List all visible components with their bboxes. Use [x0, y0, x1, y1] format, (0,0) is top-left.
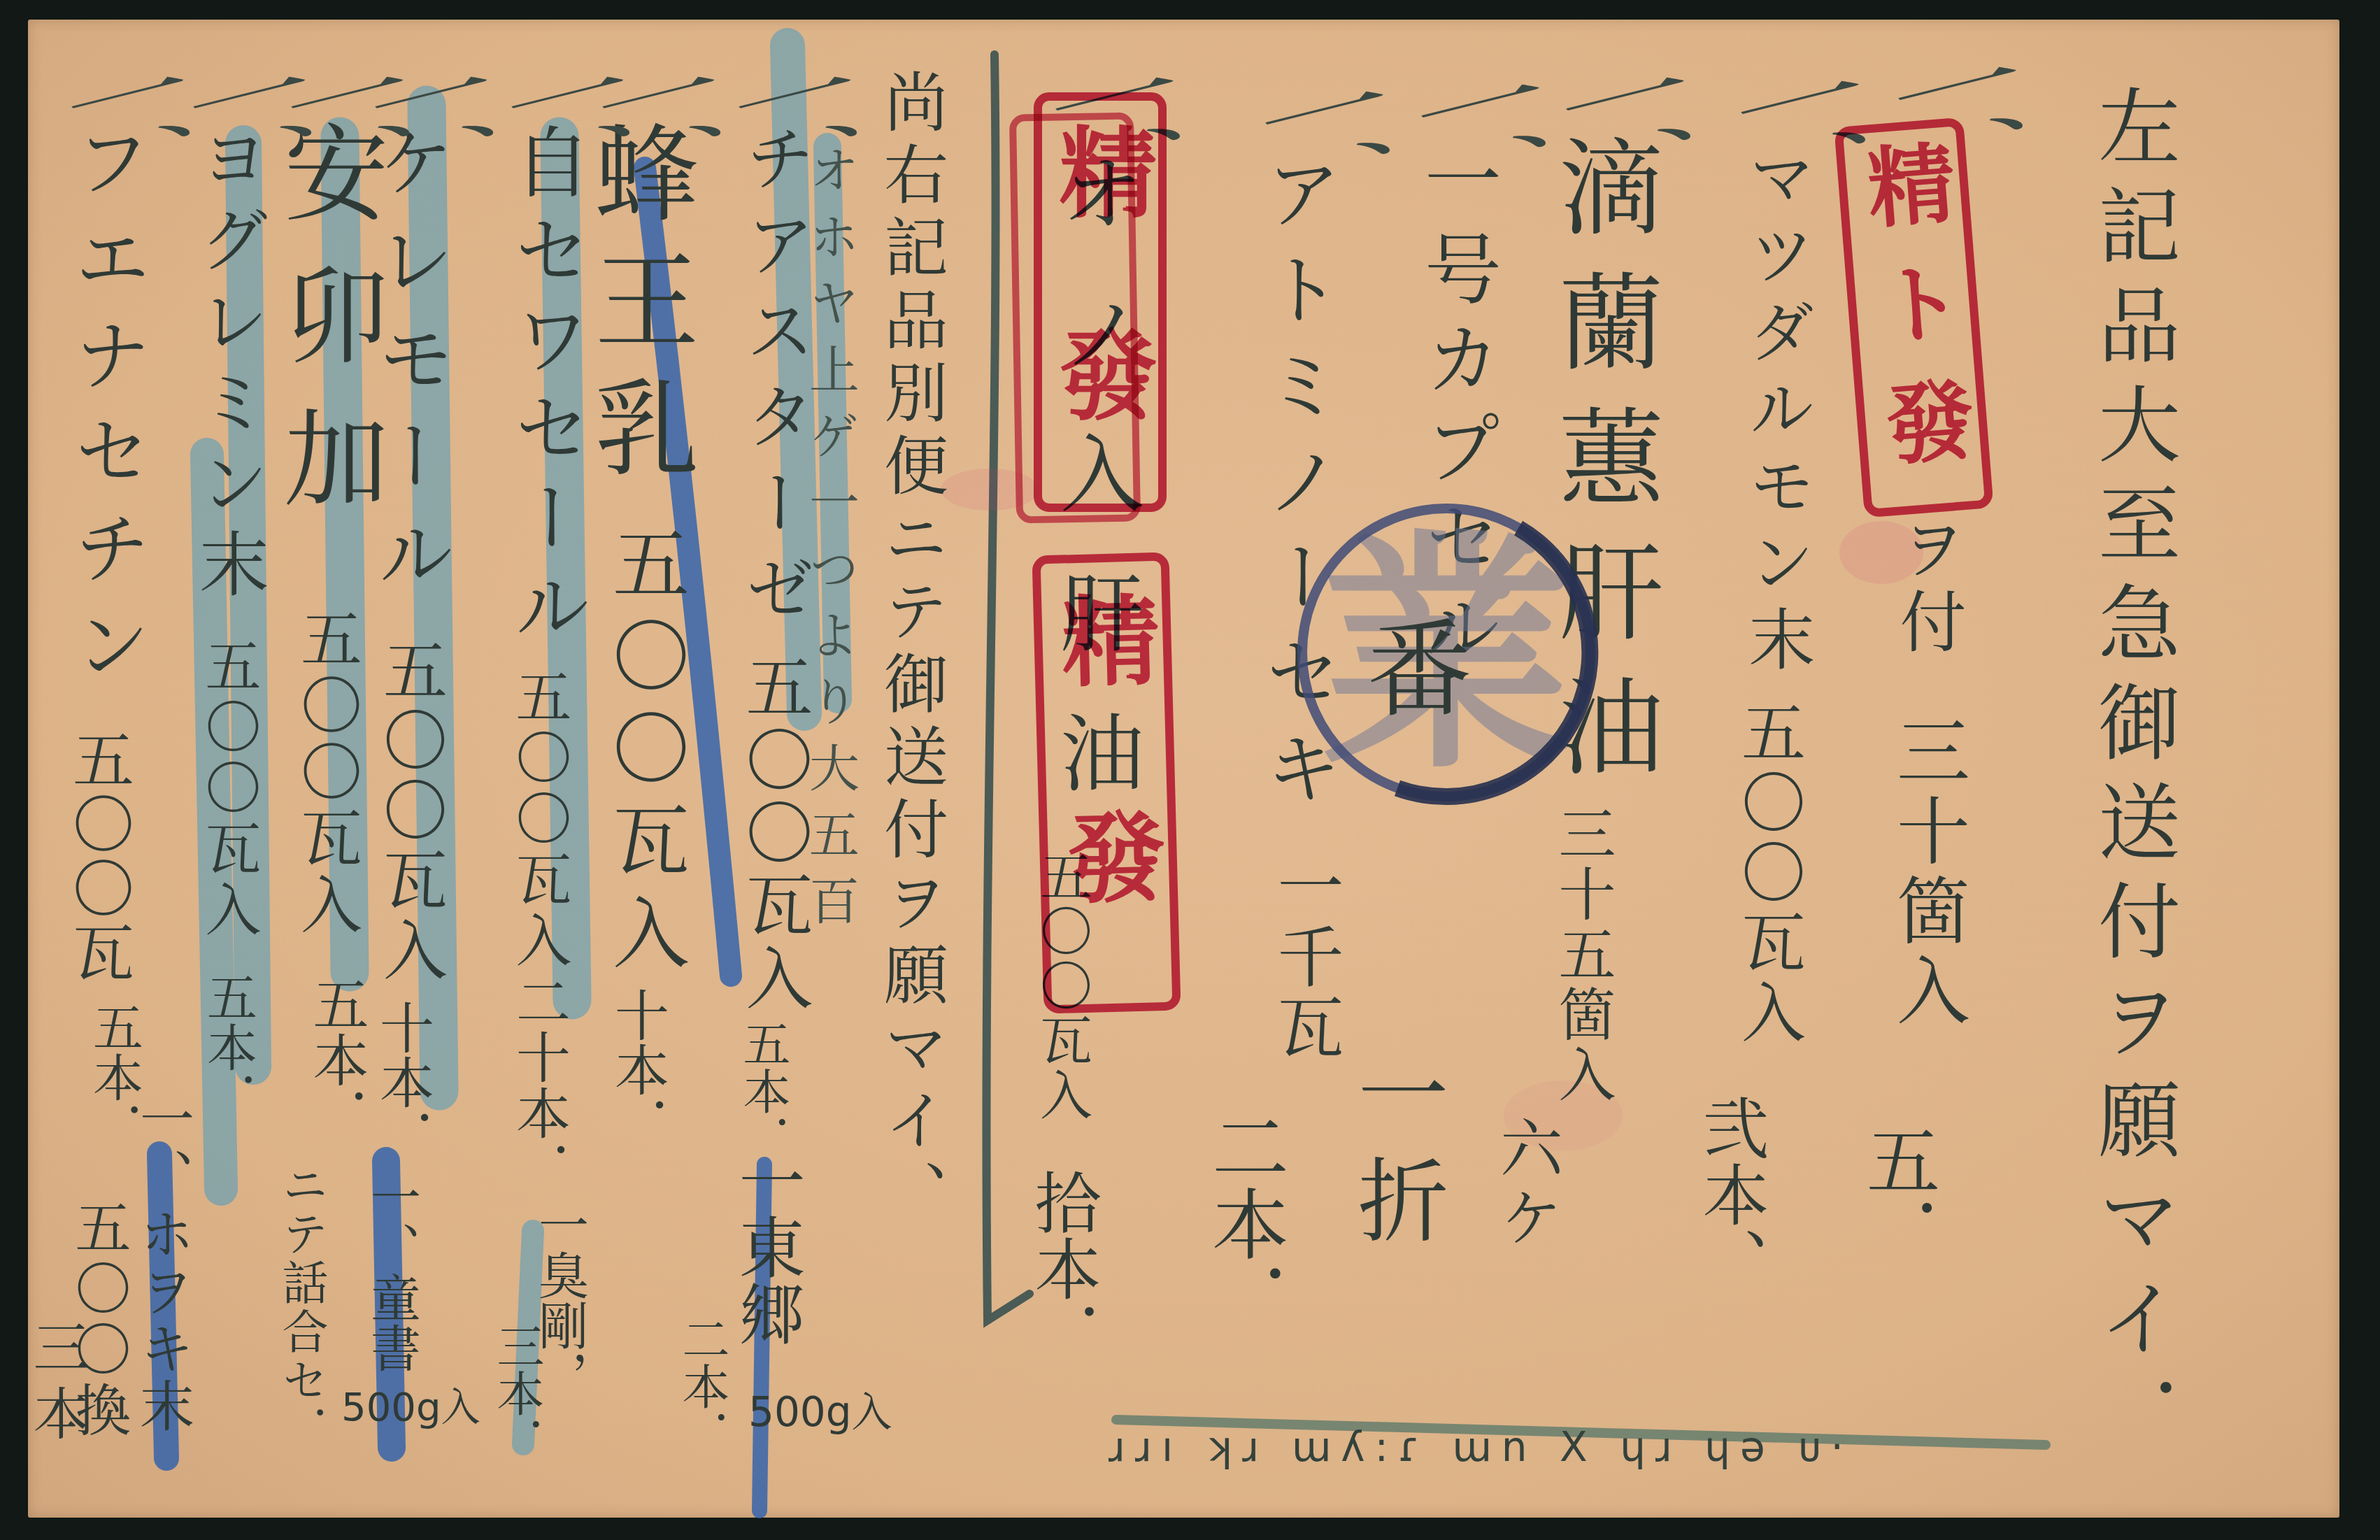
item-name: 自セワセール	[508, 122, 585, 655]
annotation-quantity: 二本．	[678, 1315, 725, 1457]
item-package: 五〇〇瓦入	[741, 653, 808, 1016]
item-name: ヨグレミン末	[193, 122, 263, 609]
item-package: 五〇〇瓦入	[200, 637, 256, 941]
item-quantity: 弐本、	[1697, 1095, 1763, 1294]
stamp-text: 精ト發	[1856, 137, 1972, 499]
item-name: 一号カプセル	[1418, 140, 1495, 677]
item-package: 三十箇入	[1890, 713, 1964, 1032]
item-quantity: 六ケ	[1494, 1115, 1557, 1255]
annotation-quantity: 三本．	[492, 1322, 540, 1464]
item-quantity: 五本．	[739, 1020, 786, 1162]
item-name: アトミノーセキ	[1259, 154, 1336, 825]
item-name: マツダルモン末	[1743, 143, 1809, 682]
item-name: 滴蘭蕙肝油	[1549, 133, 1654, 808]
item-package: 五〇〇瓦入	[606, 524, 683, 985]
item-quantity: 五本．	[203, 971, 253, 1122]
item-quantity: 十本．	[610, 988, 664, 1151]
item-package: 五〇〇瓦入	[296, 607, 357, 939]
red-seal-stamp: 精發	[1034, 92, 1167, 512]
message-column: 左記品大至急御送付ヲ願マイ．	[2091, 84, 2174, 1474]
note-column: 尚右記品別便ニテ御送付ヲ願マイ、	[878, 69, 943, 1232]
item-quantity: 二本．	[1206, 1108, 1283, 1339]
item-quantity: 拾本．	[1029, 1169, 1095, 1368]
item-quantity: 二十本．	[511, 974, 566, 1197]
item-package: 五〇〇瓦入	[378, 637, 442, 987]
stamp-text: 精發	[1051, 122, 1149, 527]
item-package: 五〇〇瓦入	[1736, 699, 1800, 1049]
item-package: 三十五箇入	[1553, 804, 1611, 1105]
item-name: チアスターゼ	[739, 122, 809, 639]
inverted-bottom-note: ɹɹı ʞɹ ɯʎ:ɾ ɯn X ɥɹ ɥǝ ᴜ·	[1109, 1427, 1853, 1467]
annotation-text: ニテ話合セ．	[278, 1161, 324, 1455]
item-name: ヲ付	[1894, 514, 1960, 661]
item-package: 五〇〇瓦	[68, 728, 129, 985]
item-quantity: 五本．	[308, 976, 364, 1143]
item-package: 五〇〇瓦入	[511, 668, 567, 972]
annotation-package: 500g入	[748, 1392, 892, 1432]
item-quantity: 十本．	[375, 1000, 429, 1164]
annotation-quantity: 三本	[28, 1318, 84, 1451]
annotation-name: 一東郷	[733, 1147, 799, 1346]
item-package: 一千瓦	[1271, 852, 1338, 1064]
stamp-text: 精發	[1053, 589, 1162, 1025]
annotation-name: 一、童書	[366, 1171, 417, 1373]
red-seal-stamp: 精發	[1032, 552, 1181, 1014]
annotation-name: 一、ホヲキ末	[135, 1091, 190, 1435]
annotation-package: 500g入	[341, 1388, 480, 1427]
item-name: フエナセチン	[68, 122, 145, 701]
item-quantity: 五．	[1860, 1123, 1934, 1270]
item-quantity: 一折	[1351, 1047, 1441, 1260]
